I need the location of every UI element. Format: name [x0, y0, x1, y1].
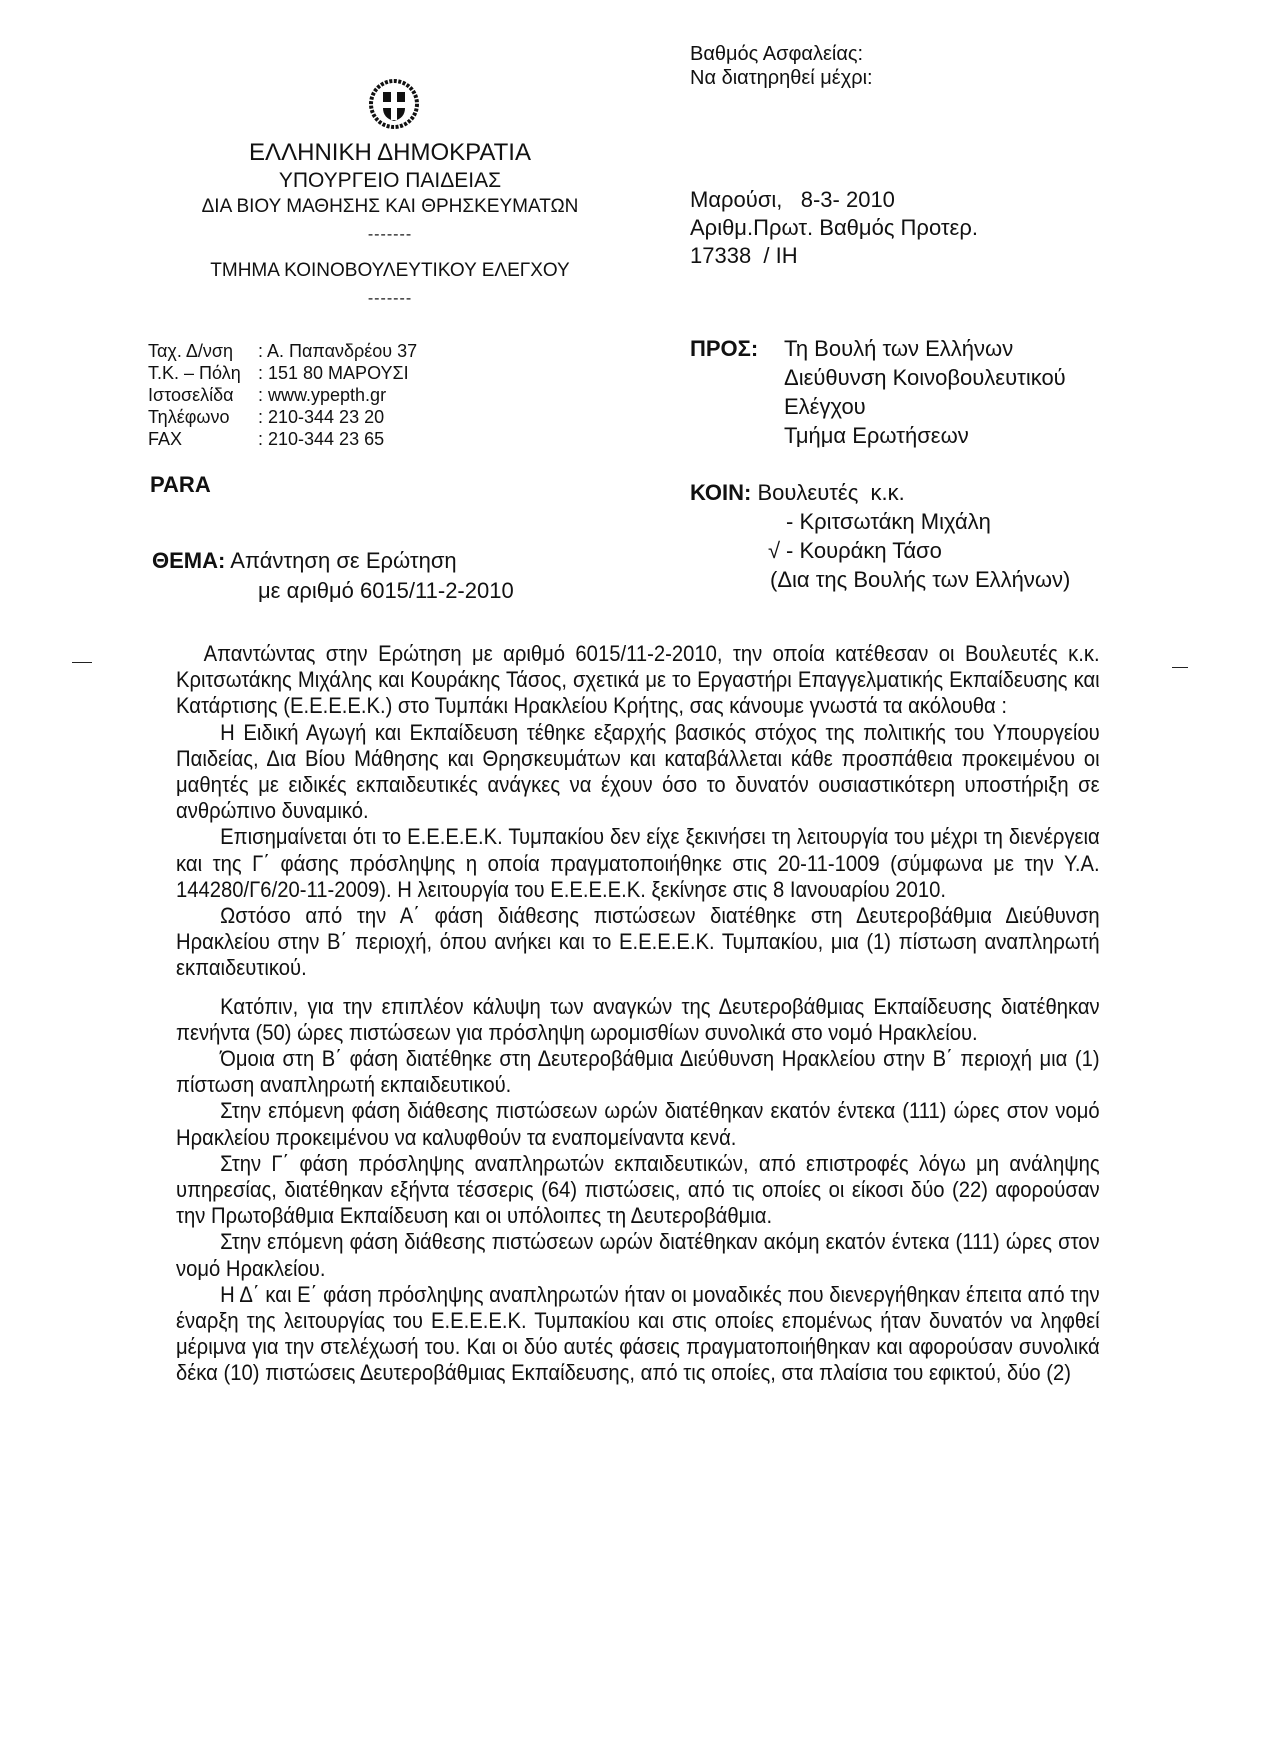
greek-coat-of-arms-icon	[368, 78, 420, 130]
subject-line-2: με αριθμό 6015/11-2-2010	[152, 576, 514, 606]
body-paragraph: Όμοια στη Β΄ φάση διατέθηκε στη Δευτεροβ…	[176, 1046, 1100, 1098]
cc-first: Βουλευτές κ.κ.	[757, 480, 904, 505]
body-paragraph: Ωστόσο από την Α΄ φάση διάθεσης πιστώσεω…	[176, 903, 1100, 982]
cc-label: ΚΟΙΝ:	[690, 480, 751, 505]
security-level: Βαθμός Ασφαλείας:	[690, 42, 873, 66]
to-line: Τμήμα Ερωτήσεων	[690, 421, 1066, 450]
body-paragraph: Η Δ΄ και Ε΄ φάση πρόσληψης αναπληρωτών ή…	[176, 1282, 1100, 1387]
date-block: Μαρούσι, 8-3- 2010 Αριθμ.Πρωτ. Βαθμός Πρ…	[690, 186, 978, 270]
to-line: Διεύθυνση Κοινοβουλευτικού	[690, 363, 1066, 392]
department-separator: -------	[140, 286, 640, 312]
contact-row-website: Ιστοσελίδα: www.ypepth.gr	[148, 384, 417, 406]
cc-block: ΚΟΙΝ: Βουλευτές κ.κ. - Κριτσωτάκη Μιχάλη…	[690, 478, 1070, 594]
body-paragraph: Επισημαίνεται ότι το Ε.Ε.Ε.Ε.Κ. Τυμπακίο…	[176, 824, 1100, 903]
letter-body: Απαντώντας στην Ερώτηση με αριθμό 6015/1…	[176, 641, 1100, 1387]
subject-block: ΘΕΜΑ: Απάντηση σε Ερώτηση με αριθμό 6015…	[152, 546, 514, 606]
contact-row-phone: Τηλέφωνο: 210-344 23 20	[148, 406, 417, 428]
body-paragraph: Στην επόμενη φάση διάθεσης πιστώσεων ωρώ…	[176, 1098, 1100, 1150]
contact-row-fax: FAX: 210-344 23 65	[148, 428, 417, 450]
cc-line: - Κουράκη Τάσο	[786, 538, 942, 563]
subject-line-1: Απάντηση σε Ερώτηση	[230, 548, 456, 573]
ministry-subtitle: ΔΙΑ ΒΙΟΥ ΜΑΘΗΣΗΣ ΚΑΙ ΘΡΗΣΚΕΥΜΑΤΩΝ	[140, 194, 640, 220]
security-block: Βαθμός Ασφαλείας: Να διατηρηθεί μέχρι:	[690, 42, 873, 90]
protocol-number: 17338 / ΙΗ	[690, 242, 978, 270]
body-paragraph: Στην επόμενη φάση διάθεσης πιστώσεων ωρώ…	[176, 1229, 1100, 1281]
to-line: Τη Βουλή των Ελλήνων	[784, 334, 1013, 363]
body-paragraph: Απαντώντας στην Ερώτηση με αριθμό 6015/1…	[176, 641, 1100, 720]
checkmark-icon: √	[768, 536, 780, 565]
ministry-title: ΥΠΟΥΡΓΕΙΟ ΠΑΙΔΕΙΑΣ	[140, 168, 640, 194]
to-block: ΠΡΟΣ:Τη Βουλή των Ελλήνων Διεύθυνση Κοιν…	[690, 334, 1066, 450]
body-paragraph: Στην Γ΄ φάση πρόσληψης αναπληρωτών εκπαι…	[176, 1151, 1100, 1230]
to-label: ΠΡΟΣ:	[690, 334, 784, 363]
contact-block: Ταχ. Δ/νση: Α. Παπανδρέου 37 Τ.Κ. – Πόλη…	[148, 340, 417, 450]
contact-row-postcode: Τ.Κ. – Πόλη: 151 80 ΜΑΡΟΥΣΙ	[148, 362, 417, 384]
margin-mark	[72, 662, 92, 663]
place-date: Μαρούσι, 8-3- 2010	[690, 186, 978, 214]
header-separator: -------	[140, 222, 640, 248]
contact-row-address: Ταχ. Δ/νση: Α. Παπανδρέου 37	[148, 340, 417, 362]
body-paragraph: Η Ειδική Αγωγή και Εκπαίδευση τέθηκε εξα…	[176, 720, 1100, 825]
protocol-label: Αριθμ.Πρωτ. Βαθμός Προτερ.	[690, 214, 978, 242]
retain-until: Να διατηρηθεί μέχρι:	[690, 66, 873, 90]
cc-via: (Δια της Βουλής των Ελλήνων)	[690, 565, 1070, 594]
subject-label: ΘΕΜΑ:	[152, 548, 225, 573]
to-line: Ελέγχου	[690, 392, 1066, 421]
republic-title: ΕΛΛΗΝΙΚΗ ΔΗΜΟΚΡΑΤΙΑ	[140, 140, 640, 166]
cc-line: - Κριτσωτάκη Μιχάλη	[690, 507, 1070, 536]
department-title: ΤΜΗΜΑ ΚΟΙΝΟΒΟΥΛΕΥΤΙΚΟΥ ΕΛΕΓΧΟΥ	[140, 258, 640, 284]
body-paragraph: Κατόπιν, για την επιπλέον κάλυψη των ανα…	[176, 994, 1100, 1046]
margin-mark	[1172, 667, 1188, 668]
para-label: PARA	[150, 472, 211, 498]
